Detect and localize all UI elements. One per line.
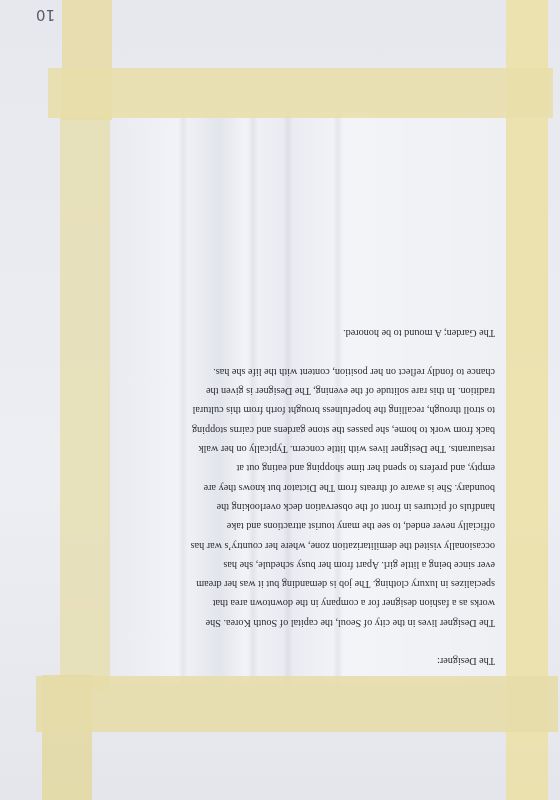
document-text: The Designer: The Designer lives in the …	[125, 300, 495, 670]
body-line: back from work to home, she passes the s…	[125, 419, 495, 438]
body-line: The Designer lives in the city of Seoul,…	[125, 612, 495, 631]
masking-tape	[60, 110, 110, 690]
body-line: restaurants. The Designer lives with lit…	[125, 439, 495, 458]
body-line: empty, and prefers to spend her time sho…	[125, 458, 495, 477]
body-line: specializes in luxury clothing. The job …	[125, 574, 495, 593]
document-heading: The Designer:	[125, 651, 495, 670]
handwritten-page-number: 10	[36, 6, 55, 24]
body-line: tradition. In this rare solitude of the …	[125, 381, 495, 400]
body-line: ever since being a little girl. Apart fr…	[125, 555, 495, 574]
body-line: officially never ended, to see the many …	[125, 516, 495, 535]
masking-tape	[36, 676, 558, 732]
body-line: occasionally visited the demilitarizatio…	[125, 535, 495, 554]
body-line: works as a fashion designer for a compan…	[125, 593, 495, 612]
body-line: handfuls of pictures in front of the obs…	[125, 497, 495, 516]
body-line: to stroll through, recalling the hopeful…	[125, 400, 495, 419]
masking-tape	[48, 68, 553, 118]
closing-line: The Garden; A mound to be honored.	[125, 322, 495, 341]
body-line: boundary. She is aware of threats from T…	[125, 477, 495, 496]
document-body: The Designer lives in the city of Seoul,…	[125, 362, 495, 632]
body-line: chance to fondly reflect on her position…	[125, 362, 495, 381]
